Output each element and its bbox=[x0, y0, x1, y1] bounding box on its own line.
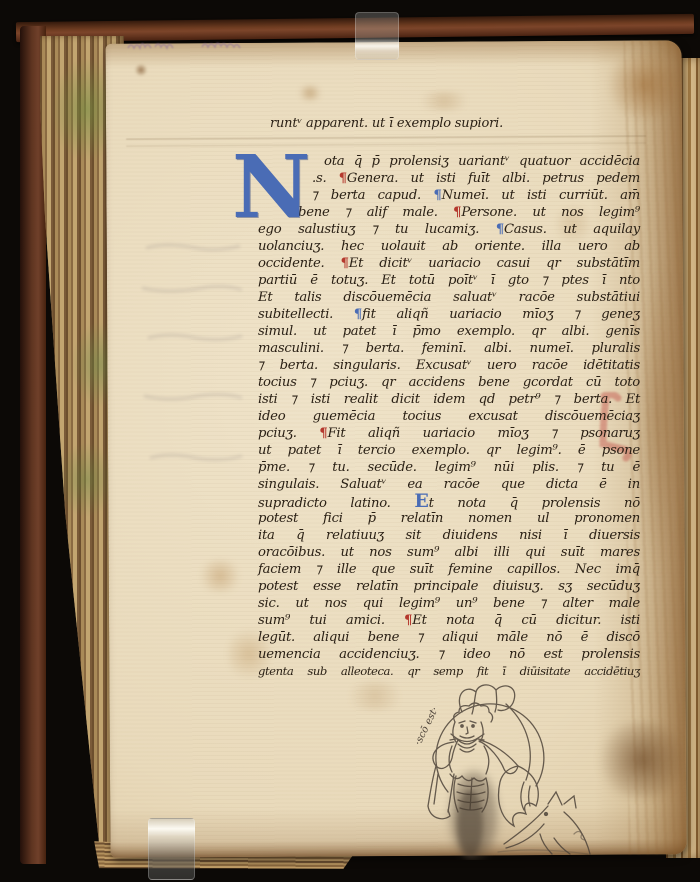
manuscript-line: masculini. ⁊ berta. feminī. albi. numeī.… bbox=[258, 340, 640, 357]
stain bbox=[604, 50, 686, 120]
ink-text: .s. bbox=[312, 171, 339, 186]
manuscript-line: subitellecti. ¶fit aliqñ uariacio mīoʒ ⁊… bbox=[258, 306, 640, 323]
manuscript-line: ego salustiuʒ ⁊ tu lucamiʒ. ¶Casus. ut a… bbox=[258, 221, 640, 238]
text-block: runtᵛ apparent. ut ī exemplo supiori. N … bbox=[258, 116, 640, 680]
manuscript-line: uemencia accidenciuʒ. ⁊ ideo nō est prol… bbox=[258, 646, 640, 663]
stain bbox=[134, 64, 148, 76]
manuscript-line: gtenta sub alleoteca. qr semp fit ī diūi… bbox=[258, 663, 640, 680]
ink-text: t nota q̄ prolensis nō bbox=[429, 496, 640, 511]
ink-text: masculini. ⁊ berta. feminī. albi. numeī.… bbox=[258, 341, 640, 356]
ink-text: isti ⁊ isti realit dicit idem qd petr⁹ ⁊… bbox=[258, 392, 640, 407]
manuscript-line: sic. ut nos qui legim⁹ un⁹ bene ⁊ alter … bbox=[258, 595, 640, 612]
manuscript-line: potest fici p̄ relatīn nomen ul pronomen bbox=[258, 510, 640, 527]
ink-text: sum⁹ tui amici. bbox=[258, 613, 404, 628]
ink-text: tocius ⁊ pciuʒ. qr accidens bene gcordat… bbox=[258, 375, 640, 390]
drawing-caption: ·scō est· bbox=[413, 705, 441, 747]
ink-text: uemencia accidenciuʒ. ⁊ ideo nō est prol… bbox=[258, 647, 640, 662]
ink-text: simul. ut patet ī p̄mo exemplo. qr albi.… bbox=[258, 324, 640, 339]
marginal-drawing: ·scō est· bbox=[378, 682, 608, 860]
manuscript-line: ⁊ berta. singularis. Excusatᵛ uero racōe… bbox=[258, 357, 640, 374]
ink-text: Casus. ut aquilay bbox=[504, 222, 640, 237]
ink-text: ⁊ berta capud. bbox=[312, 188, 433, 203]
paraph-mark-blue: ¶ bbox=[354, 307, 362, 322]
manuscript-line: ota q̄ p̄ prolensiʒ uariantᵛ quatuor acc… bbox=[258, 153, 640, 170]
ink-text: pciuʒ. bbox=[258, 426, 319, 441]
bleed-through-marks bbox=[138, 228, 248, 508]
ink-text: legūt. aliqui bene ⁊ aliqui māle nō ē di… bbox=[258, 630, 640, 645]
ink-text: ita q̄ relatiuuʒ sit diuidens nisi ī diu… bbox=[258, 528, 640, 543]
ink-text: bene ⁊ alif male. bbox=[298, 205, 453, 220]
ink-text: Numeī. ut isti curriūt. am̄ bbox=[442, 188, 640, 203]
manuscript-line: singulais. Saluatᵛ ea racōe que dicta ē … bbox=[258, 476, 640, 493]
plastic-tab-bottom bbox=[148, 818, 195, 880]
manuscript-line: bene ⁊ alif male. ¶Persone. ut nos legim… bbox=[258, 204, 640, 221]
ink-text: ⁊ berta. singularis. Excusatᵛ uero racōe… bbox=[258, 358, 640, 373]
ink-smudge bbox=[451, 772, 497, 860]
ink-text: singulais. Saluatᵛ ea racōe que dicta ē … bbox=[258, 477, 640, 492]
manuscript-line: .s. ¶Genera. ut isti fuīt albi. petrus p… bbox=[258, 170, 640, 187]
manuscript-line: ita q̄ relatiuuʒ sit diuidens nisi ī diu… bbox=[258, 527, 640, 544]
manuscript-line: sum⁹ tui amici. ¶Et nota q̄ cū dicitur. … bbox=[258, 612, 640, 629]
paraph-mark-blue: ¶ bbox=[496, 222, 504, 237]
ink-text: oracōibus. ut nos sum⁹ albi illi qui suī… bbox=[258, 545, 640, 560]
plastic-tab-top bbox=[355, 12, 399, 60]
ink-text: occidente. bbox=[258, 256, 341, 271]
manuscript-line: supradicto latino. Et nota q̄ prolensis … bbox=[258, 493, 640, 510]
manuscript-line: uolanciuʒ. hec uolauit ab oriente. illa … bbox=[258, 238, 640, 255]
ink-text: Et talis discōuemēcia saluatᵛ racōe subs… bbox=[258, 290, 640, 305]
manuscript-line: ⁊ berta capud. ¶Numeī. ut isti curriūt. … bbox=[258, 187, 640, 204]
ink-text: uolanciuʒ. hec uolauit ab oriente. illa … bbox=[258, 239, 640, 254]
animal-sketch bbox=[498, 792, 590, 854]
paraph-mark-red: ¶ bbox=[341, 256, 349, 271]
stain bbox=[196, 560, 244, 592]
manuscript-line: ut patet ī tercio exemplo. qr legim⁹. ē … bbox=[258, 442, 640, 459]
ink-text: partiū ē totuʒ. Et totū poītᵛ ī gto ⁊ pt… bbox=[258, 273, 640, 288]
ink-text: fit aliqñ uariacio mīoʒ ⁊ geneʒ bbox=[362, 307, 640, 322]
ink-text: sic. ut nos qui legim⁹ un⁹ bene ⁊ alter … bbox=[258, 596, 640, 611]
ink-text: ideo guemēcia tocius excusat discōuemēci… bbox=[258, 409, 640, 424]
manuscript-lines: ota q̄ p̄ prolensiʒ uariantᵛ quatuor acc… bbox=[258, 153, 640, 680]
ink-text: Et nota q̄ cū dicitur. isti bbox=[412, 613, 640, 628]
ink-text: supradicto latino. bbox=[258, 496, 414, 511]
ink-text: Genera. ut isti fuīt albi. petrus pedem bbox=[347, 171, 640, 186]
ink-text: potest fici p̄ relatīn nomen ul pronomen bbox=[258, 511, 640, 526]
ink-text: ota q̄ p̄ prolensiʒ uariantᵛ quatuor acc… bbox=[324, 154, 640, 169]
faded-top-inscription bbox=[124, 34, 274, 58]
book-cover-spine bbox=[20, 26, 46, 864]
manuscript-line: pciuʒ. ¶Fit aliqñ uariacio mīoʒ ⁊ psonar… bbox=[258, 425, 640, 442]
illuminated-initial: N bbox=[232, 150, 311, 226]
paraph-mark-blue: ¶ bbox=[433, 188, 441, 203]
paraph-mark-red: ¶ bbox=[339, 171, 347, 186]
stain bbox=[412, 92, 476, 110]
manuscript-line: faciem ⁊ ille que suīt femine capillos. … bbox=[258, 561, 640, 578]
manuscript-line: simul. ut patet ī p̄mo exemplo. qr albi.… bbox=[258, 323, 640, 340]
manuscript-line: oracōibus. ut nos sum⁹ albi illi qui suī… bbox=[258, 544, 640, 561]
ink-text: Fit aliqñ uariacio mīoʒ ⁊ psonaruʒ bbox=[327, 426, 640, 441]
manuscript-line: isti ⁊ isti realit dicit idem qd petr⁹ ⁊… bbox=[258, 391, 640, 408]
ink-text: potest esse relatīn principale diuisuʒ. … bbox=[258, 579, 640, 594]
ink-text: gtenta sub alleoteca. qr semp fit ī diūi… bbox=[258, 664, 640, 678]
manuscript-line: legūt. aliqui bene ⁊ aliqui māle nō ē di… bbox=[258, 629, 640, 646]
ink-text: p̄me. ⁊ tu. secūde. legim⁹ nūi plis. ⁊ t… bbox=[258, 460, 640, 475]
ink-text: subitellecti. bbox=[258, 307, 354, 322]
manuscript-photo: runtᵛ apparent. ut ī exemplo supiori. N … bbox=[0, 0, 700, 882]
manuscript-line: p̄me. ⁊ tu. secūde. legim⁹ nūi plis. ⁊ t… bbox=[258, 459, 640, 476]
blue-initial-e: E bbox=[414, 490, 428, 512]
stain bbox=[296, 86, 324, 100]
header-line: runtᵛ apparent. ut ī exemplo supiori. bbox=[270, 116, 640, 131]
ink-text: Et dicitᵛ uariacio casui qr substātīm bbox=[349, 256, 640, 271]
stain bbox=[636, 260, 680, 580]
manuscript-line: tocius ⁊ pciuʒ. qr accidens bene gcordat… bbox=[258, 374, 640, 391]
manuscript-line: Et talis discōuemēcia saluatᵛ racōe subs… bbox=[258, 289, 640, 306]
ink-text: Persone. ut nos legim⁹ bbox=[461, 205, 640, 220]
manuscript-line: ideo guemēcia tocius excusat discōuemēci… bbox=[258, 408, 640, 425]
ink-text: ut patet ī tercio exemplo. qr legim⁹. ē … bbox=[258, 443, 640, 458]
manuscript-line: potest esse relatīn principale diuisuʒ. … bbox=[258, 578, 640, 595]
ink-text: faciem ⁊ ille que suīt femine capillos. … bbox=[258, 562, 640, 577]
manuscript-line: occidente. ¶Et dicitᵛ uariacio casui qr … bbox=[258, 255, 640, 272]
manuscript-line: partiū ē totuʒ. Et totū poītᵛ ī gto ⁊ pt… bbox=[258, 272, 640, 289]
